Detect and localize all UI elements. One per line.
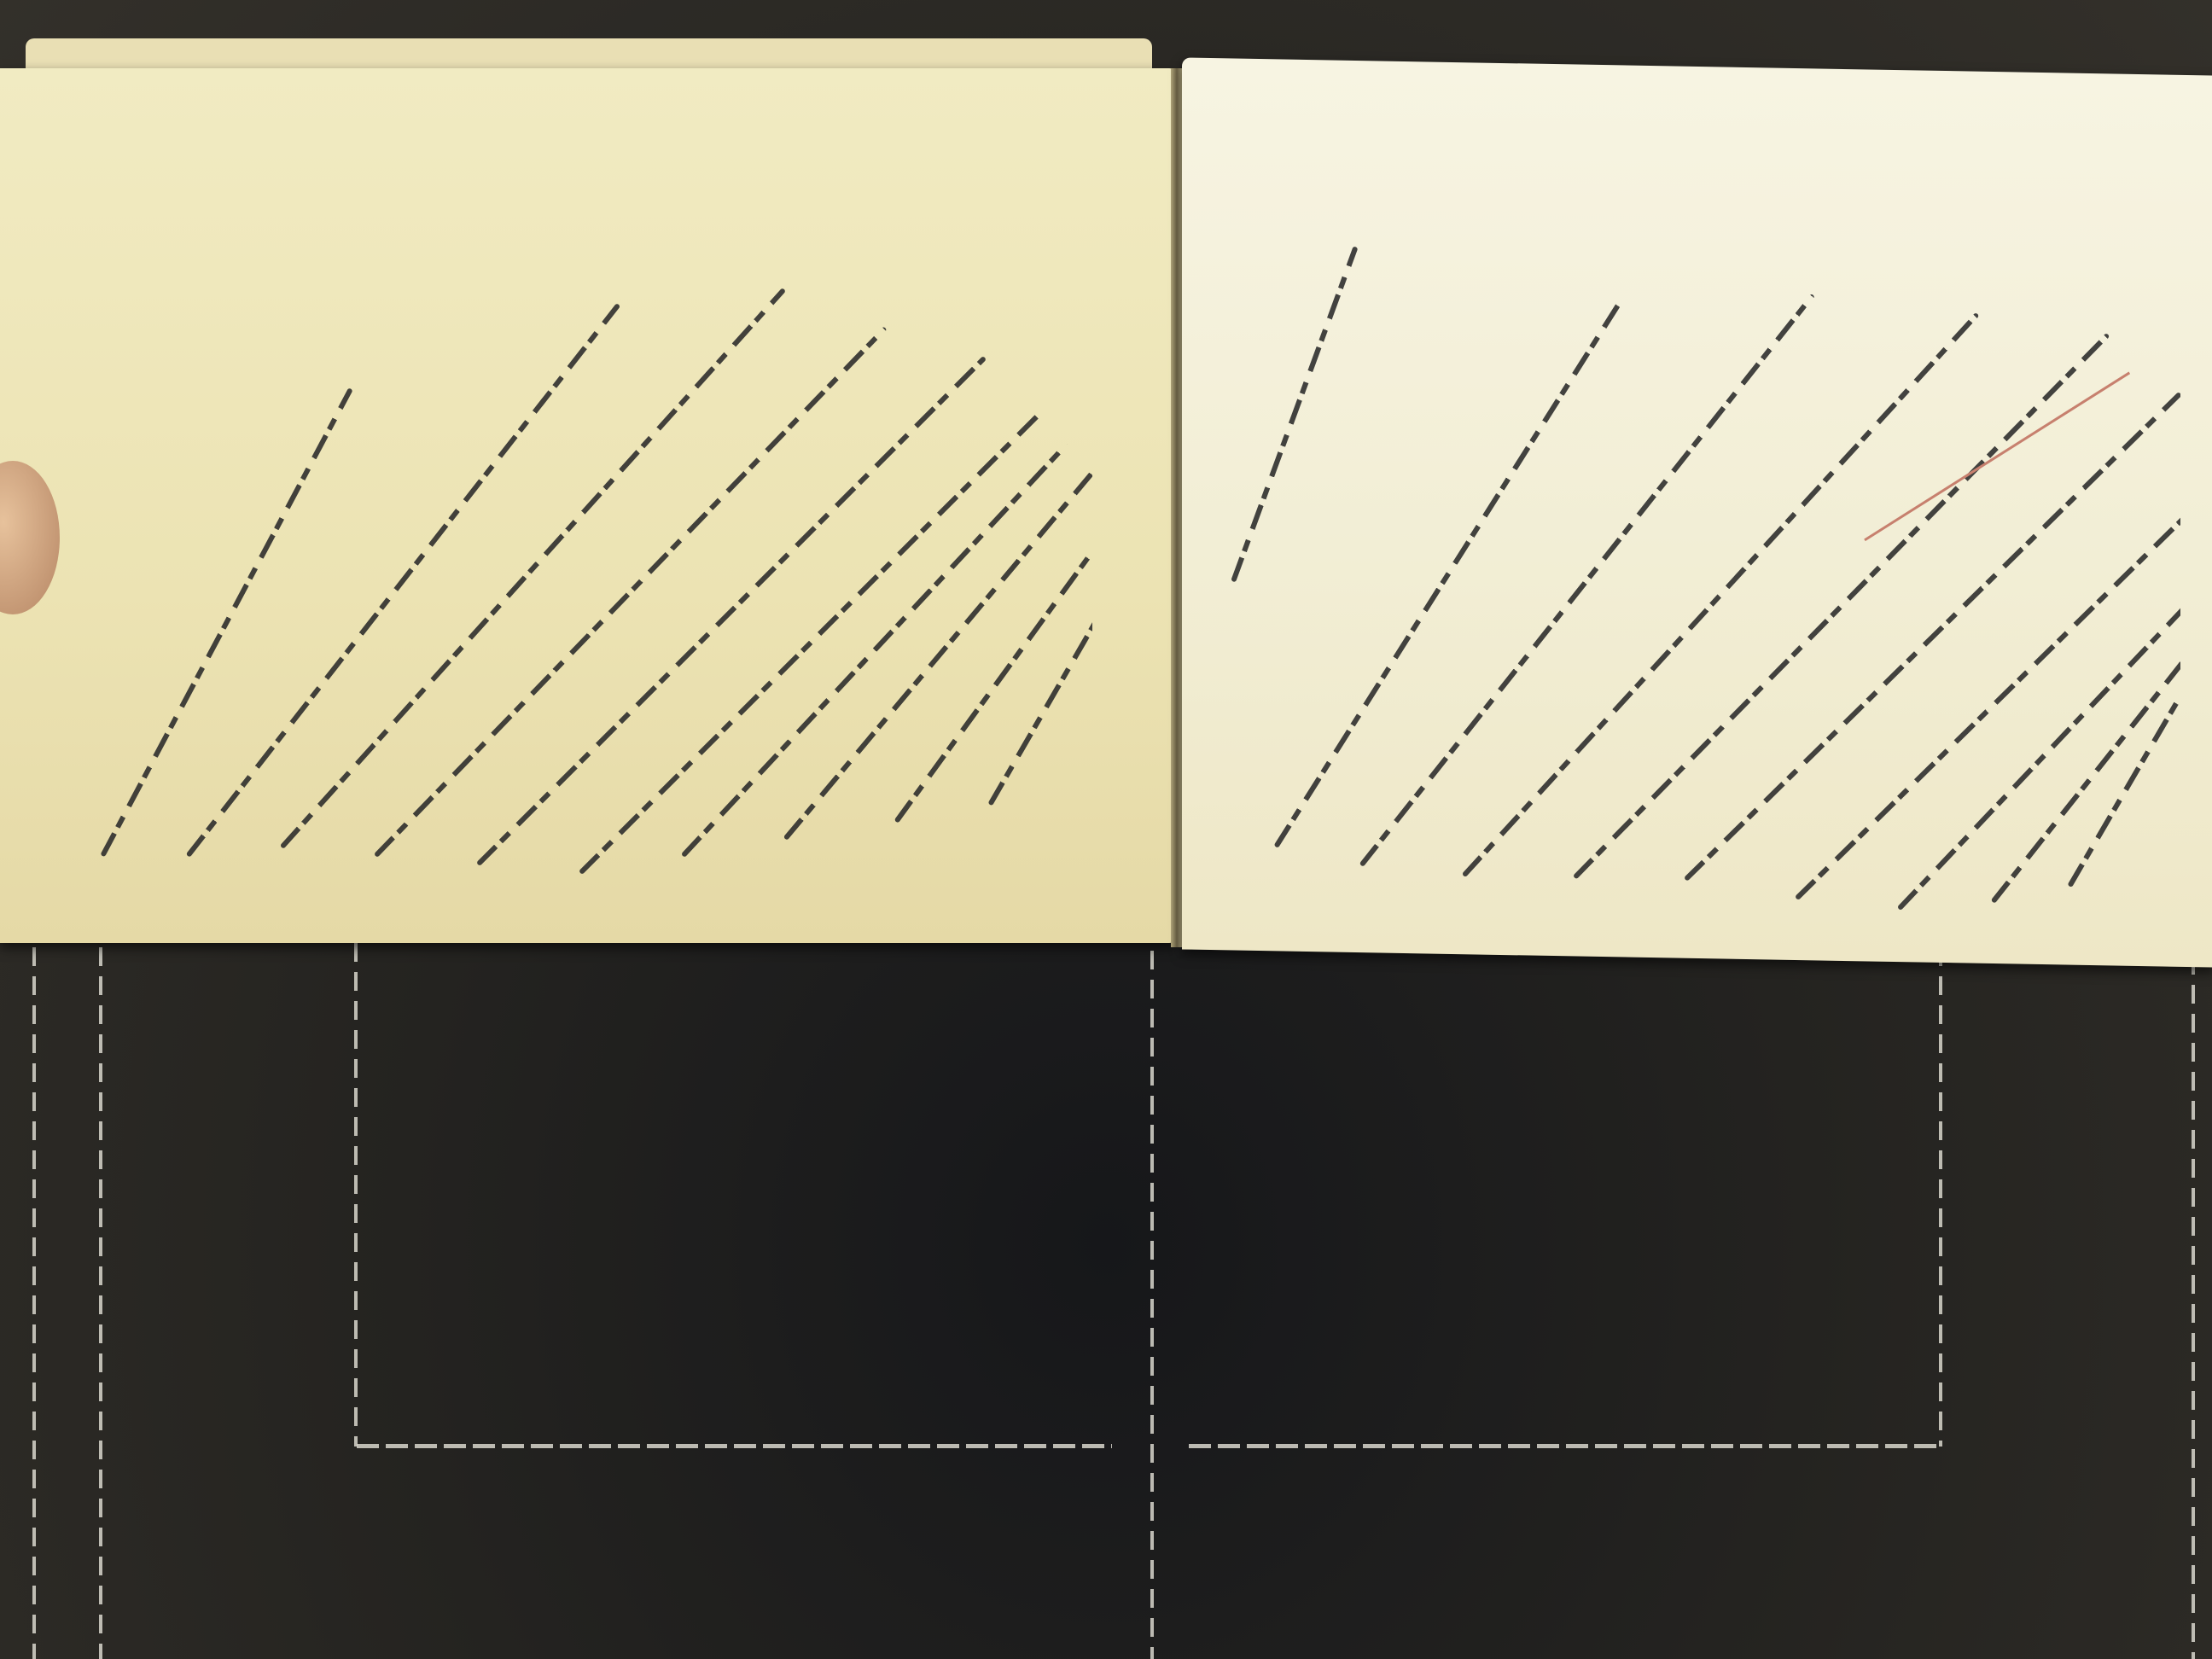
stitch-line-left-outer: [32, 947, 36, 1659]
stitch-line-bottom-left: [357, 1444, 1112, 1448]
stitch-line-bottom-right: [1189, 1444, 1940, 1448]
stitch-line-box-right: [1939, 947, 1942, 1447]
stitch-line-right-outer: [2192, 956, 2195, 1659]
left-page: [0, 68, 1176, 943]
right-page: [1182, 57, 2212, 967]
stitch-line-box-left: [354, 943, 358, 1447]
stitch-line-left-inner: [99, 947, 102, 1659]
book-gutter: [1171, 68, 1183, 947]
left-page-script: [85, 119, 1092, 888]
right-page-script: [1216, 101, 2180, 928]
stitch-line-center: [1150, 922, 1154, 1659]
